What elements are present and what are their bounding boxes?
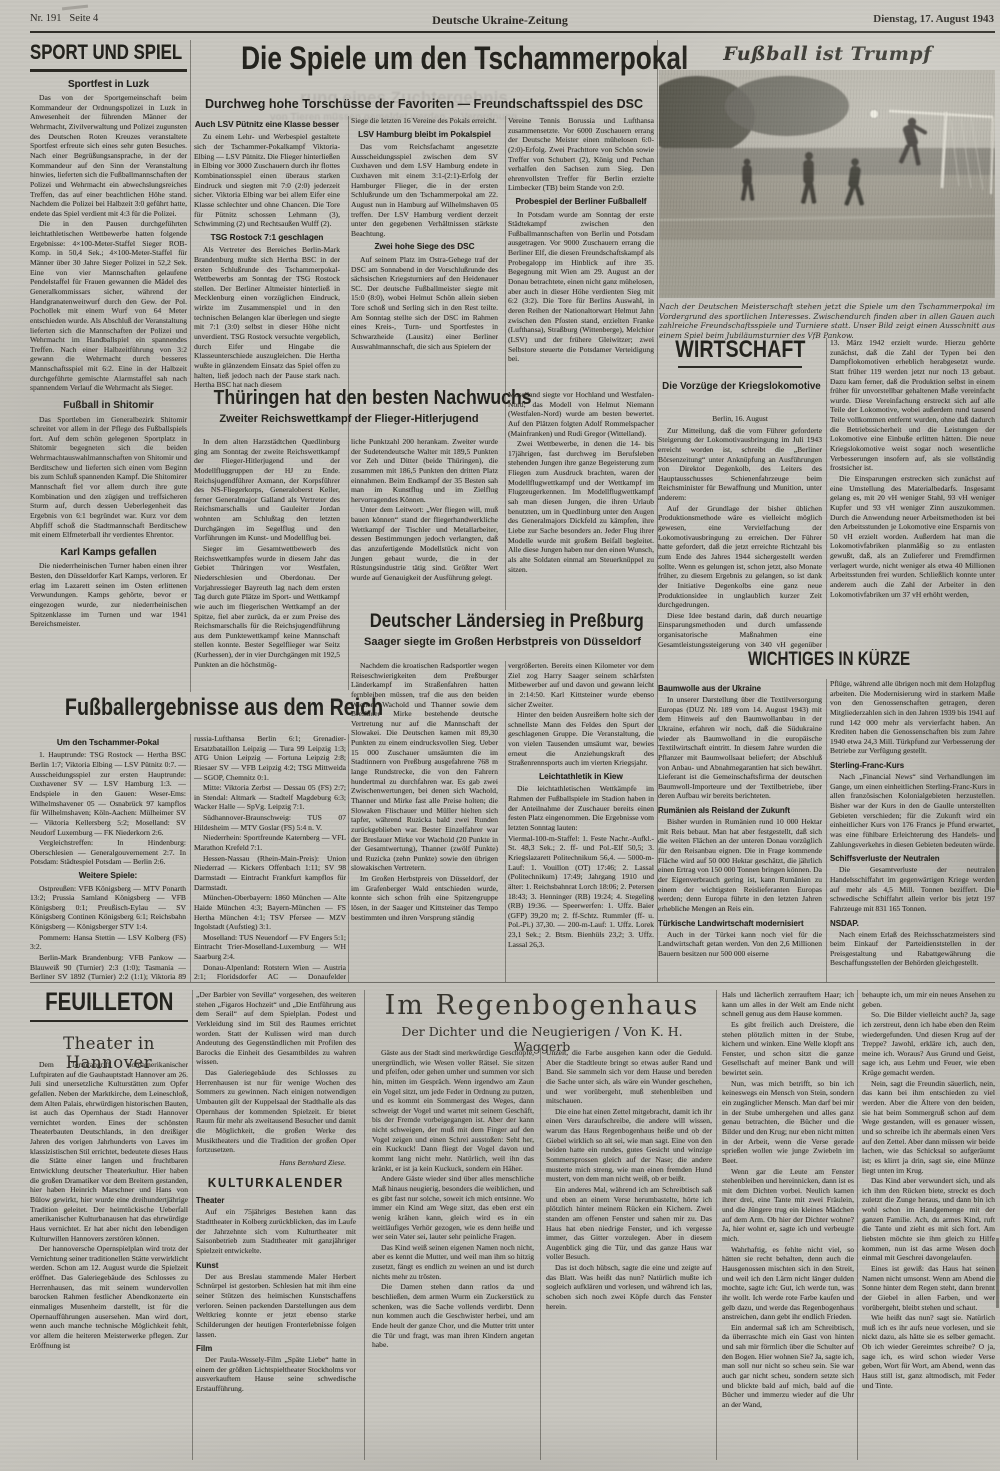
column-subhead: TSG Rostock 7:1 geschlagen [194, 233, 340, 243]
paragraph: Auch in der Türkei kann noch viel für di… [658, 930, 822, 959]
column-subhead: Schiffsverluste der Neutralen [830, 854, 995, 864]
ergebnisse-headline-text: Fußballergebnisse aus dem Reich [65, 694, 383, 722]
section-title: KULTURKALENDER [208, 1176, 344, 1192]
paragraph: Niederrhein: Sportfreunde Katernberg — V… [194, 833, 346, 852]
paragraph: Berlin-Mark Brandenburg: VFB Pankow — Bl… [30, 953, 186, 982]
main-article-column-2: Siege die letzten 16 Vereine des Pokals … [351, 116, 498, 387]
paragraph: Das Kind weiß seinen eigenen Namen noch … [372, 1243, 534, 1282]
section-title: WIRTSCHAFT [675, 336, 805, 364]
column-subhead: Auch LSV Pütnitz eine Klasse besser [194, 120, 340, 130]
paragraph: Auf ein 75jähriges Bestehen kann das Sta… [196, 1207, 356, 1255]
paragraph: Das ist doch hübsch, sagte die eine und … [546, 1263, 712, 1311]
paragraph: In Potsdam wurde am Sonntag der erste St… [508, 210, 654, 364]
column-subhead: Sterling-Franc-Kurs [830, 761, 995, 771]
paragraph: Donau-Alpenland: Rotstern Wien — Austria… [194, 963, 346, 982]
paragraph: liche Punktzahl 200 herankam. Zweiter wu… [351, 437, 498, 504]
paragraph: 1. Hauptrunde: TSG Rostock — Hertha BSC … [30, 750, 186, 837]
column-subhead: Theater [196, 1196, 356, 1206]
thueringen-subheadline: Zweiter Reichswettkampf der Flieger-Hitl… [192, 413, 506, 425]
main-headline: Die Spiele um den Tschammerpokal [192, 42, 656, 76]
paragraph: Nein, sagt die Freundin säuerlich, nein,… [862, 1079, 995, 1175]
paragraph: Der Paula-Wessely-Film „Späte Liebe“ hat… [196, 1355, 356, 1394]
paragraph: Ein andermal saß ich am Schreibtisch, da… [722, 1323, 854, 1410]
column-rule [364, 990, 365, 1460]
column-subhead: Türkische Landwirtschaft modernisiert [658, 919, 822, 929]
wirtschaft-headline-text: Die Vorzüge der Kriegslokomotive [662, 381, 821, 392]
scan-artifact [62, 5, 88, 11]
paragraph: Eines ist gewiß: das Haus hat seinen Nam… [862, 1264, 995, 1312]
feuilleton-column-1: Dem Terrorangriff nordamerikanischer Luf… [30, 1060, 188, 1460]
paragraph: Der aus Breslau stammende Maler Herbert … [196, 1272, 356, 1339]
column-rule [826, 338, 827, 648]
column-rule [826, 679, 827, 982]
thueringen-headline-text: Thüringen hat den besten Nachwuchs [214, 387, 532, 410]
column-rule [716, 990, 717, 1460]
issue-date: Dienstag, 17. August 1943 [873, 13, 994, 25]
column-rule [348, 734, 349, 982]
paragraph: Das vom Reichsfachamt angesetzte Aussche… [351, 142, 498, 238]
column-rule [190, 734, 191, 982]
pressburg-headline: Deutscher Ländersieg in Preßburg [351, 611, 654, 633]
ergebnisse-headline: Fußballergebnisse aus dem Reich [30, 694, 346, 722]
wirtschaft-column-2: 13. März 1942 erzielt wurde. Hierzu gehö… [830, 338, 995, 649]
paragraph: Nach einem Erlaß des Reichsschatzmeister… [830, 930, 995, 969]
paragraph: In dem alten Harzstädtchen Quedlinburg g… [194, 437, 340, 543]
column-subhead: NSDAP. [830, 919, 995, 929]
column-rule [190, 40, 191, 692]
paragraph: Viermal-100-m-Staffel: 1. Feste Nachr.-A… [508, 834, 654, 950]
feuilleton-column-2: „Der Barbier von Sevilla“ vorgesehen, de… [196, 990, 356, 1460]
column-subhead: Baumwolle aus der Ukraine [658, 684, 822, 694]
thueringen-column-3: Moselland siegte vor Hochland und Westfa… [508, 390, 654, 610]
paragraph: Das Kind aber verwundert sich, und als i… [862, 1176, 995, 1263]
paragraph: Diese Idee bestand darin, daß durch neua… [658, 611, 822, 649]
paragraph: Siege die letzten 16 Vereine des Pokals … [351, 116, 498, 126]
paragraph: Andere Gäste wieder sind über alles mens… [372, 1174, 534, 1241]
paragraph: Ein anderes Mal, während ich am Schreibt… [546, 1185, 712, 1262]
paragraph: Das Sportleben im Generalbezirk Shitomir… [30, 415, 187, 540]
paragraph: Nach „Financial News“ sind Verhandlungen… [830, 772, 995, 849]
paragraph: Pflüge, während alle übrigen noch mit de… [830, 679, 995, 756]
paragraph: Wie heißt das nun? sagt sie. Natürlich m… [862, 1313, 995, 1390]
section-divider-rule [30, 982, 995, 983]
kulturkalender-items: TheaterAuf ein 75jähriges Bestehen kann … [196, 1196, 356, 1393]
photo-caption: Nach der Deutschen Meisterschaft stehen … [659, 302, 995, 338]
regenbogenhaus-column-3: Hals und lächerlich zerrauftem Haar; ich… [722, 990, 854, 1460]
paragraph: Gäste aus der Stadt sind merkwürdige Ges… [372, 1048, 534, 1173]
section-title: WICHTIGES IN KÜRZE [748, 649, 910, 671]
pressburg-subheadline: Saager siegte im Großen Herbstpreis von … [351, 636, 654, 648]
paragraph: Moselland siegte vor Hochland und Westfa… [508, 390, 654, 438]
column-subhead: Weitere Spiele: [30, 871, 186, 881]
column-subhead: LSV Hamburg bleibt im Pokalspiel [351, 130, 498, 140]
paragraph: Zur Mitteilung, daß die vom Führer gefor… [658, 426, 822, 503]
section-header-kulturkalender: KULTURKALENDER [196, 1176, 356, 1192]
paragraph: Hessen-Nassau (Rhein-Main-Preis): Union … [194, 854, 346, 893]
kurze-column-1: Baumwolle aus der UkraineIn unserer Dars… [658, 679, 822, 982]
column-rule [505, 661, 506, 982]
paragraph: In unserer Darstellung über die Textilve… [658, 695, 822, 801]
paragraph: Nun, was mich betrifft, so bin ich keine… [722, 1079, 854, 1166]
column-rule [657, 40, 658, 982]
paragraph: Sieger im Gesamtwettbewerb des Reichswet… [194, 544, 340, 669]
masthead: Nr. 191 Seite 4 Deutsche Ukraine-Zeitung… [0, 13, 1000, 31]
article-heading: Sportfest in Luzk [30, 79, 187, 91]
paragraph: Wenn gar die Leute am Fenster stehenblei… [722, 1167, 854, 1244]
paragraph: Die Einsparungen erstrecken sich zunächs… [830, 474, 995, 599]
football-photo-illustration [659, 70, 995, 298]
section-title: FEUILLETON [45, 988, 173, 1017]
section-title: SPORT UND SPIEL [30, 40, 182, 67]
section-header-sport: SPORT UND SPIEL [30, 40, 187, 72]
newspaper-title: Deutsche Ukraine-Zeitung [0, 13, 1000, 28]
column-rule [192, 990, 193, 1460]
column-subhead: Probespiel der Berliner Fußballelf [508, 197, 654, 207]
paragraph: Bisher wurden in Rumänien rund 10 000 He… [658, 817, 822, 913]
thueringen-column-1: In dem alten Harzstädtchen Quedlinburg g… [194, 437, 340, 690]
main-article-column-3: Vereine Tennis Borussia und Lufthansa zu… [508, 116, 654, 387]
column-subhead: Kunst [196, 1261, 356, 1271]
wirtschaft-article-headline: Die Vorzüge der Kriegslokomotive [658, 381, 822, 392]
paragraph: Im Großen Herbstpreis von Düsseldorf, de… [351, 874, 498, 922]
paragraph: Das Galeriegebäude des Schlosses zu Herr… [196, 1068, 356, 1155]
paragraph: Vergleichstreffen: In Hindenburg: Obersc… [30, 838, 186, 867]
paragraph: Auf der Grundlage der bisher üblichen Pr… [658, 504, 822, 610]
paragraph: Hals und lächerlich zerrauftem Haar; ich… [722, 990, 854, 1019]
photo-feature-headline: Fußball ist Trumpf [660, 43, 995, 65]
paragraph: Hinter den beiden Ausreißern holte sich … [508, 710, 654, 768]
paragraph: Zu einem Lehr- und Werbespiel gestaltete… [194, 132, 340, 228]
ergebnisse-column-1: Um den Tschammer-Pokal1. Hauptrunde: TSG… [30, 734, 186, 982]
column-rule [505, 116, 506, 610]
paragraph: Als Vertreter des Bereiches Berlin-Mark … [194, 245, 340, 387]
paragraph: Wahrhaftig, es fehlte nicht viel, so hät… [722, 1245, 854, 1322]
paragraph: Dem Terrorangriff nordamerikanischer Luf… [30, 1060, 188, 1243]
paragraph: Ostpreußen: VFB Königsberg — MTV Ponarth… [30, 884, 186, 932]
paragraph: Die in den Pausen durchgeführten leichta… [30, 219, 187, 393]
paragraph: So. Die Bilder vielleicht auch? Ja, sage… [862, 1010, 995, 1077]
paragraph: russia-Lufthansa Berlin 6:1; Grenadier-E… [194, 734, 346, 782]
regenbogenhaus-column-2: Unzeit, die Farbe ausgehen kann oder die… [546, 1048, 712, 1460]
column-subhead: Um den Tschammer-Pokal [30, 738, 186, 748]
pressburg-column-2: vergrößerten. Bereits einen Kilometer vo… [508, 661, 654, 982]
paragraph: Die Gesamtverluste der neutralen Handels… [830, 865, 995, 913]
paragraph: Zwei Wettbewerbe, in denen die 14- bis 1… [508, 439, 654, 574]
paragraph: Der hannoversche Opernspielplan wird tro… [30, 1244, 188, 1350]
paragraph: „Der Barbier von Sevilla“ vorgesehen, de… [196, 990, 356, 1067]
football-match-photo [659, 70, 995, 298]
article-heading: Karl Kamps gefallen [30, 547, 187, 559]
paragraph: Pommern: Hansa Stettin — LSV Kolberg (FS… [30, 933, 186, 952]
masthead-rule [30, 31, 995, 33]
section-header-kurze: WICHTIGES IN KÜRZE [748, 649, 995, 671]
sport-column: SPORT UND SPIEL Sportfest in LuzkDas von… [30, 40, 187, 690]
column-subhead: Leichtathletik in Kiew [508, 772, 654, 782]
paragraph: Moselland: TUS Neuendorf — FV Engers 5:1… [194, 933, 346, 962]
main-headline-text: Die Spiele um den Tschammerpokal [241, 42, 688, 76]
paragraph: Auf seinem Platz im Ostra-Gehege traf de… [351, 255, 498, 351]
paragraph: Die leichtathletischen Wettkämpfe im Rah… [508, 784, 654, 832]
scan-artifact [996, 828, 999, 890]
paragraph: Unzeit, die Farbe ausgehen kann oder die… [546, 1048, 712, 1106]
author-signature: Hans Bernhard Ziese. [196, 1158, 346, 1168]
paragraph: Das von der Sportgemeinschaft beim Komma… [30, 93, 187, 218]
paragraph: Die niederrheinischen Turner haben einen… [30, 561, 187, 628]
paragraph: München-Oberbayern: 1860 München — Alte … [194, 893, 346, 932]
section-header-feuilleton: FEUILLETON [30, 988, 188, 1022]
paragraph: Die Damen stehen dann ratlos da und besc… [372, 1282, 534, 1349]
kurze-column-2: Pflüge, während alle übrigen noch mit de… [830, 679, 995, 982]
column-rule [540, 1048, 541, 1460]
paragraph: Nachdem die kroatischen Radsportler wege… [351, 661, 498, 873]
dateline: Berlin, 16. August [658, 414, 822, 424]
column-subhead: Zwei hohe Siege des DSC [351, 242, 498, 252]
sport-articles: Sportfest in LuzkDas von der Sportgemein… [30, 79, 187, 629]
newspaper-page: Nr. 191 Seite 4 Deutsche Ukraine-Zeitung… [0, 0, 1000, 1471]
main-subheadline: Durchweg hohe Torschüsse der Favoriten —… [192, 97, 656, 111]
ergebnisse-column-2: russia-Lufthansa Berlin 6:1; Grenadier-E… [194, 734, 346, 982]
regenbogenhaus-headline: Im Regenbogenhaus [372, 990, 712, 1021]
thueringen-column-2: liche Punktzahl 200 herankam. Zweiter wu… [351, 437, 498, 610]
paragraph: Die eine hat einen Zettel mitgebracht, d… [546, 1107, 712, 1184]
regenbogenhaus-column-4: behaupte ich, um mir ein neues Ansehen z… [862, 990, 995, 1460]
pressburg-headline-text: Deutscher Ländersieg in Preßburg [370, 611, 644, 633]
paragraph: vergrößerten. Bereits einen Kilometer vo… [508, 661, 654, 709]
paragraph: behaupte ich, um mir ein neues Ansehen z… [862, 990, 995, 1009]
main-article-column-1: Auch LSV Pütnitz eine Klasse besserZu ei… [194, 116, 340, 387]
paragraph: Mitte: Viktoria Zerbst — Dessau 05 (FS) … [194, 783, 346, 812]
article-heading: Fußball in Shitomir [30, 400, 187, 412]
column-rule [348, 116, 349, 690]
column-subhead: Film [196, 1344, 356, 1354]
paragraph: Südhannover-Braunschweig: TUS 07 Hildesh… [194, 813, 346, 832]
thueringen-headline: Thüringen hat den besten Nachwuchs [192, 387, 506, 410]
wirtschaft-rule [678, 366, 802, 368]
regenbogenhaus-column-1: Gäste aus der Stadt sind merkwürdige Ges… [372, 1048, 534, 1460]
feuilleton-continuation: „Der Barbier von Sevilla“ vorgesehen, de… [196, 990, 356, 1168]
column-rule [857, 990, 858, 1460]
paragraph: 13. März 1942 erzielt wurde. Hierzu gehö… [830, 338, 995, 473]
section-header-wirtschaft: WIRTSCHAFT [658, 336, 822, 364]
paragraph: Es gibt freilich auch Dreistere, die ste… [722, 1020, 854, 1078]
scan-artifact [996, 1238, 999, 1308]
paragraph: Vereine Tennis Borussia und Lufthansa zu… [508, 116, 654, 193]
paragraph: Unter dem Leitwort: „Wer fliegen will, m… [351, 505, 498, 582]
wirtschaft-column-1: Berlin, 16. AugustZur Mitteilung, daß di… [658, 413, 822, 649]
column-subhead: Rumänien als Reisland der Zukunft [658, 806, 822, 816]
